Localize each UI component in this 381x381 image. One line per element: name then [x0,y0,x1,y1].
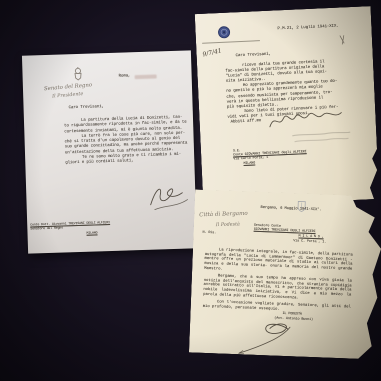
ink-signature-icon [144,181,193,214]
pen-checkmark-icon [338,34,347,45]
letterhead-line2: Il Presidente [52,92,83,100]
typed-paragraph: Bergamo, che a suo tempo ha appreso con … [203,274,352,303]
emblem-caption-microtext [202,40,260,44]
recipient-line: MILANO [86,231,110,236]
recipient-line: Via C. Porta , 1. [293,239,326,244]
dateline: Roma, [119,74,131,80]
letter-top-right: P.M.21, 2 Luglio 1941-XIX. 9/7/41 Caro T… [195,6,380,207]
faded-date-stamp [135,74,157,79]
dateline: Bergamo, 6 Maggio 1941-XIX°. [260,206,321,213]
reference-number: N. Ris. [202,231,216,236]
recipient-block: S.E. Conte GIOVANNI TREVISANI degli ALFI… [233,146,307,166]
letter-senato-del-regno: Senato del Regno Il Presidente Roma, Car… [22,50,197,253]
received-date-note: 9/7/41 [202,47,222,58]
photo-surface: Senato del Regno Il Presidente Roma, Car… [0,0,381,381]
letter-body: La partitura della Lucia di Donizetti, t… [64,116,186,167]
letterhead-line2: Il Podestà [216,222,240,228]
letter-citta-di-bergamo: Bergamo, 6 Maggio 1941-XIX°. Città di Be… [189,189,381,359]
closing: Abbiti aff.mo [231,119,262,125]
dateline: P.M.21, 2 Luglio 1941-XIX. [277,25,338,33]
salutation: Caro Trevisani, [69,105,105,111]
pencil-note-icon [290,129,353,147]
typed-paragraph: La riproduzione integrale, in fac-simile… [204,248,353,277]
letterhead-line1: Città di Bergamo [199,211,248,219]
senato-crest-icon [72,67,83,81]
recipient-block: Senatore Conte GIOVANNI TREVISANI DEGLI … [253,224,327,245]
recipient-block: Conte Dott. Giovanni TREVISANI DEGLI ALF… [30,221,110,237]
salutation: Caro Trevisani, [236,53,272,60]
letterhead-line1: Senato del Regno [44,82,93,92]
ink-signature-icon [235,318,308,359]
round-blue-seal-icon [217,25,231,39]
letter-body: La riproduzione integrale, in fac-simile… [203,248,353,318]
